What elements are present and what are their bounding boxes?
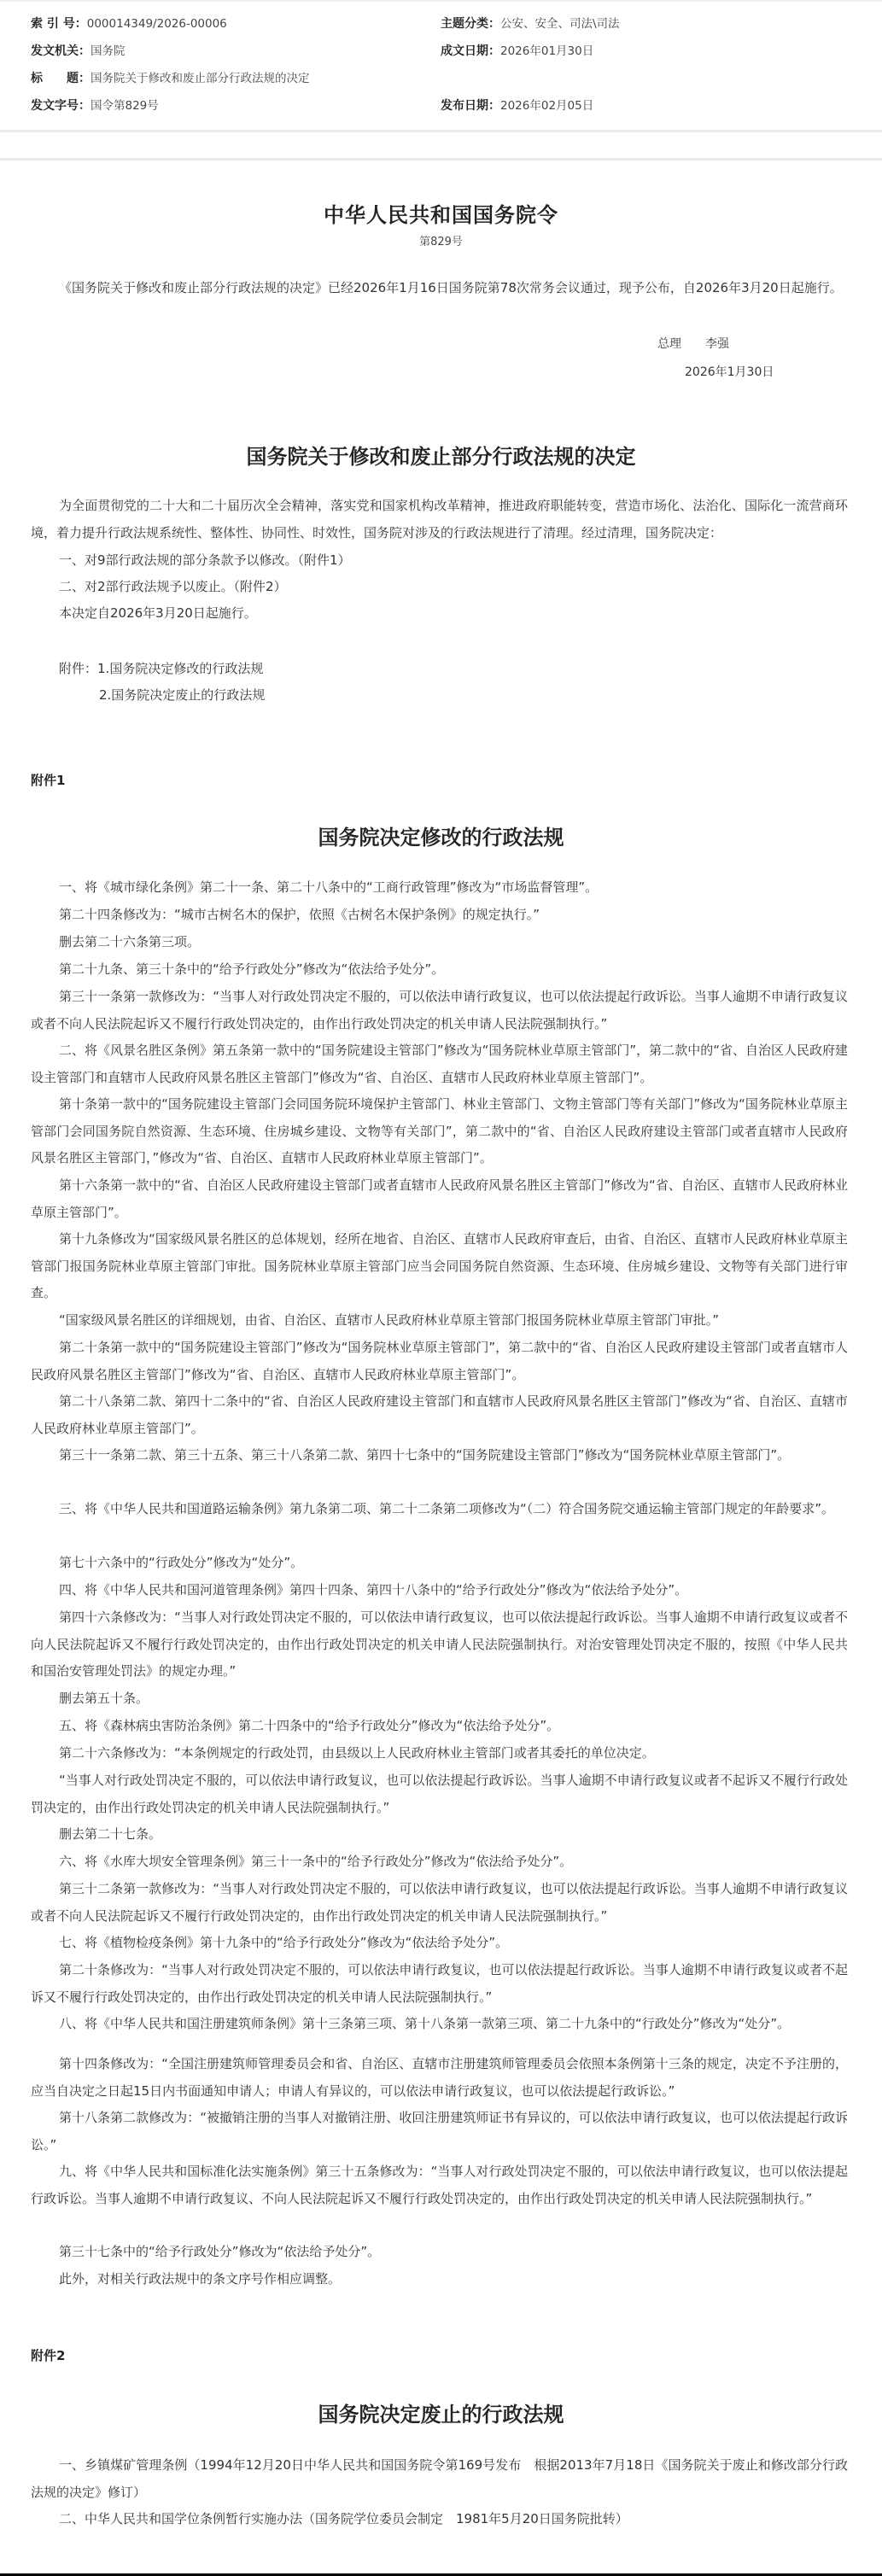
annex1-paragraph: 六、将《水库大坝安全管理条例》第三十一条中的“给予行政处分”修改为“依法给予处分… — [31, 1849, 848, 1876]
annex1-title: 国务院决定修改的行政法规 — [0, 821, 882, 850]
meta-title-value: 国务院关于修改和废止部分行政法规的决定 — [91, 72, 310, 85]
meta-doc-no-value: 国令第829号 — [91, 99, 159, 113]
attachments-list: 附件：1.国务院决定修改的行政法规 — [59, 660, 263, 677]
attachment-link-2[interactable]: 2.国务院决定废止的行政法规 — [99, 686, 265, 704]
meta-written-date-label: 成文日期： — [441, 43, 500, 60]
order-title: 中华人民共和国国务院令 — [0, 198, 882, 228]
divider-bar — [0, 158, 882, 161]
meta-topic-label: 主题分类： — [441, 15, 500, 32]
order-body: 《国务院关于修改和废止部分行政法规的决定》已经2026年1月16日国务院第78次… — [31, 275, 848, 302]
annex1-paragraph: 八、将《中华人民共和国注册建筑师条例》第十三条第三项、第十八条第一款第三项、第二… — [31, 2011, 848, 2038]
meta-publish-date-value: 2026年02月05日 — [500, 99, 593, 113]
meta-index-value: 000014349/2026-00006 — [87, 17, 227, 31]
meta-written-date: 成文日期：2026年01月30日 — [441, 43, 593, 60]
decision-title: 国务院关于修改和废止部分行政法规的决定 — [0, 440, 882, 470]
annex1-paragraph: 二、将《风景名胜区条例》第五条第一款中的“国务院建设主管部门”修改为“国务院林业… — [31, 1037, 848, 1091]
decision-intro: 为全面贯彻党的二十大和二十届历次全会精神，落实党和国家机构改革精神，推进政府职能… — [31, 493, 848, 546]
annex1-paragraph: 第十八条第二款修改为：“被撤销注册的当事人对撤销注册、收回注册建筑师证书有异议的… — [31, 2105, 848, 2158]
annex1-paragraph: 第三十七条中的“给予行政处分”修改为“依法给予处分”。 — [31, 2239, 848, 2266]
meta-title-label: 标 题： — [31, 70, 91, 87]
meta-doc-no: 发文字号：国令第829号 — [31, 97, 159, 114]
annex1-paragraph: 删去第二十六条第三项。 — [31, 929, 848, 956]
annex1-paragraph: 五、将《森林病虫害防治条例》第二十四条中的“给予行政处分”修改为“依法给予处分”… — [31, 1713, 848, 1740]
meta-index-label: 索 引 号： — [31, 15, 87, 32]
top-divider — [0, 0, 882, 2]
annex2-title: 国务院决定废止的行政法规 — [0, 2398, 882, 2427]
order-date: 2026年1月30日 — [685, 364, 774, 381]
meta-doc-no-label: 发文字号： — [31, 97, 91, 114]
decision-effective: 本决定自2026年3月20日起施行。 — [59, 605, 257, 622]
annex1-paragraph: 四、将《中华人民共和国河道管理条例》第四十四条、第四十八条中的“给予行政处分”修… — [31, 1577, 848, 1604]
annex1-paragraph: 第二十条第一款中的“国务院建设主管部门”修改为“国务院林业草原主管部门”，第二款… — [31, 1335, 848, 1388]
meta-index: 索 引 号：000014349/2026-00006 — [31, 15, 227, 32]
decision-item-1: 一、对9部行政法规的部分条款予以修改。（附件1） — [59, 552, 351, 569]
annex1-paragraph: 七、将《植物检疫条例》第十九条中的“给予行政处分”修改为“依法给予处分”。 — [31, 1930, 848, 1957]
annex1-paragraph: 第四十六条修改为：“当事人对行政处罚决定不服的，可以依法申请行政复议，也可以依法… — [31, 1604, 848, 1685]
meta-publish-date: 发布日期：2026年02月05日 — [441, 97, 593, 114]
meta-publish-date-label: 发布日期： — [441, 97, 500, 114]
annex1-paragraph: 第二十八条第二款、第四十二条中的“省、自治区人民政府建设主管部门和直辖市人民政府… — [31, 1388, 848, 1442]
meta-issuer: 发文机关：国务院 — [31, 43, 126, 60]
meta-topic: 主题分类：公安、安全、司法\司法 — [441, 15, 620, 32]
annex1-paragraph: 删去第五十条。 — [31, 1685, 848, 1713]
annex1-paragraph: 第七十六条中的“行政处分”修改为“处分”。 — [31, 1550, 848, 1577]
annex2-paragraph: 一、乡镇煤矿管理条例（1994年12月20日中华人民共和国国务院令第169号发布… — [31, 2452, 848, 2506]
annex1-paragraph: 九、将《中华人民共和国标准化法实施条例》第三十五条修改为：“当事人对行政处罚决定… — [31, 2158, 848, 2212]
annex1-paragraph: 一、将《城市绿化条例》第二十一条、第二十八条中的“工商行政管理”修改为“市场监督… — [31, 874, 848, 902]
meta-issuer-value: 国务院 — [91, 44, 126, 58]
annex1-paragraph: 第十条第一款中的“国务院建设主管部门会同国务院环境保护主管部门、林业主管部门、文… — [31, 1091, 848, 1172]
annex1-paragraph: 第二十六条修改为：“本条例规定的行政处罚，由县级以上人民政府林业主管部门或者其委… — [31, 1740, 848, 1767]
annex1-paragraph: 第十九条修改为“国家级风景名胜区的总体规划，经所在地省、自治区、直辖市人民政府审… — [31, 1226, 848, 1307]
attachments-label: 附件： — [59, 661, 97, 676]
attachment-link-1[interactable]: 1.国务院决定修改的行政法规 — [97, 661, 263, 676]
annex1-paragraph: 三、将《中华人民共和国道路运输条例》第九条第二项、第二十二条第二项修改为“（二）… — [31, 1496, 848, 1523]
meta-issuer-label: 发文机关： — [31, 43, 91, 60]
order-number: 第829号 — [0, 232, 882, 248]
annex1-paragraph: 第二十九条、第三十条中的“给予行政处分”修改为“依法给予处分”。 — [31, 956, 848, 984]
annex2-paragraph: 二、中华人民共和国学位条例暂行实施办法（国务院学位委员会制定 1981年5月20… — [31, 2506, 848, 2533]
divider-bar — [0, 130, 882, 132]
annex1-paragraph: 第二十条修改为：“当事人对行政处罚决定不服的，可以依法申请行政复议，也可以依法提… — [31, 1957, 848, 2011]
annex1-paragraph: 此外，对相关行政法规中的条文序号作相应调整。 — [31, 2266, 848, 2293]
order-signer: 总理 李强 — [657, 336, 729, 353]
annex1-paragraph: 删去第二十七条。 — [31, 1821, 848, 1849]
annex1-paragraph: 第三十一条第一款修改为：“当事人对行政处罚决定不服的，可以依法申请行政复议，也可… — [31, 984, 848, 1037]
annex1-paragraph: 第三十二条第一款修改为：“当事人对行政处罚决定不服的，可以依法申请行政复议，也可… — [31, 1876, 848, 1930]
annex2-label: 附件2 — [31, 2346, 65, 2364]
annex1-paragraph: 第十六条第一款中的“省、自治区人民政府建设主管部门或者直辖市人民政府风景名胜区主… — [31, 1172, 848, 1226]
annex1-paragraph: 第二十四条修改为：“城市古树名木的保护，依照《古树名木保护条例》的规定执行。” — [31, 902, 848, 929]
annex1-label: 附件1 — [31, 771, 65, 789]
meta-topic-value: 公安、安全、司法\司法 — [500, 17, 620, 31]
annex1-paragraph: 第三十一条第二款、第三十五条、第三十八条第二款、第四十七条中的“国务院建设主管部… — [31, 1442, 848, 1469]
meta-written-date-value: 2026年01月30日 — [500, 44, 593, 58]
annex1-paragraph: “当事人对行政处罚决定不服的，可以依法申请行政复议，也可以依法提起行政诉讼。当事… — [31, 1767, 848, 1821]
annex1-paragraph: “国家级风景名胜区的详细规划，由省、自治区、直辖市人民政府林业草原主管部门报国务… — [31, 1307, 848, 1335]
annex1-paragraph: 第十四条修改为：“全国注册建筑师管理委员会和省、自治区、直辖市注册建筑师管理委员… — [31, 2051, 848, 2105]
decision-item-2: 二、对2部行政法规予以废止。（附件2） — [59, 578, 287, 595]
meta-title: 标 题：国务院关于修改和废止部分行政法规的决定 — [31, 70, 310, 87]
